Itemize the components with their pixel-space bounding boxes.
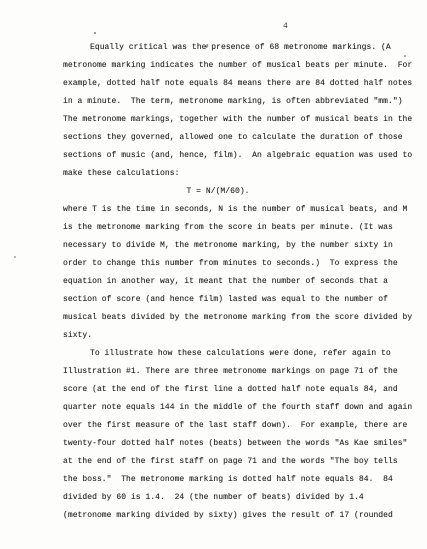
- text-line: the boss." The metronome marking is dott…: [63, 471, 413, 489]
- text-line: order to change this number from minutes…: [63, 255, 413, 273]
- document-body: Equally critical was the presence of 68 …: [63, 39, 413, 525]
- text-line: section of score (and hence film) lasted…: [63, 291, 413, 309]
- text-line: in a minute. The term, metronome marking…: [63, 93, 413, 111]
- text-line: quarter note equals 144 in the middle of…: [63, 399, 413, 417]
- text-line: at the end of the first staff on page 71…: [63, 453, 413, 471]
- text-line: sections they governed, allowed one to c…: [63, 129, 413, 147]
- text-line: Equally critical was the presence of 68 …: [63, 39, 413, 57]
- text-line: example, dotted half note equals 84 mean…: [63, 75, 413, 93]
- text-line: make these calculations:: [63, 165, 413, 183]
- document-page: 4 Equally critical was the presence of 6…: [0, 0, 427, 549]
- text-line: where T is the time in seconds, N is the…: [63, 201, 413, 219]
- text-line: twenty-four dotted half notes (beats) be…: [63, 435, 413, 453]
- equation-line: T = N/(M/60).: [63, 183, 413, 201]
- scan-artifact: [14, 256, 16, 258]
- text-line: sixty.: [63, 327, 413, 345]
- text-line: equation in another way, it meant that t…: [63, 273, 413, 291]
- text-line: necessary to divide M, the metronome mar…: [63, 237, 413, 255]
- text-line: score (at the end of the first line a do…: [63, 381, 413, 399]
- page-number: 4: [283, 22, 288, 32]
- text-line: is the metronome marking from the score …: [63, 219, 413, 237]
- text-line: (metronome marking divided by sixty) giv…: [63, 507, 413, 525]
- text-line: metronome marking indicates the number o…: [63, 57, 413, 75]
- text-line: To illustrate how these calculations wer…: [63, 345, 413, 363]
- scan-artifact: [94, 32, 96, 34]
- text-line: The metronome markings, together with th…: [63, 111, 413, 129]
- text-line: divided by 60 is 1.4. 24 (the number of …: [63, 489, 413, 507]
- text-line: Illustration #1. There are three metrono…: [63, 363, 413, 381]
- text-line: sections of music (and, hence, film). An…: [63, 147, 413, 165]
- text-line: over the first measure of the last staff…: [63, 417, 413, 435]
- text-line: musical beats divided by the metronome m…: [63, 309, 413, 327]
